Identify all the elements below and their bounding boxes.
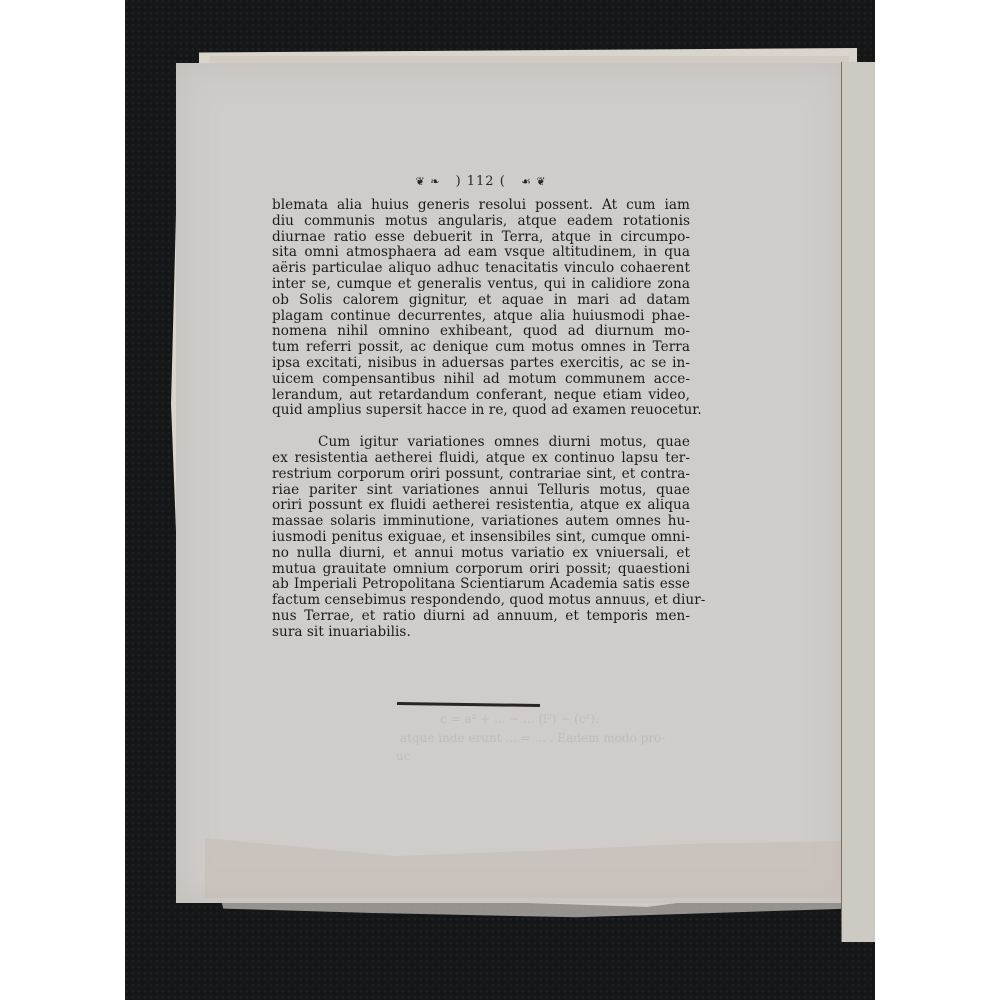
show-through-line-1: c = a² + ... − ... (l²) − (c²). bbox=[440, 712, 599, 726]
ornament-left-icon: ❦ ❧ bbox=[415, 175, 440, 188]
page-text: ❦ ❧ ) 112 ( ☙ ❦ blemata alia huius gener… bbox=[272, 174, 690, 641]
text-line: plagam continue decurrentes, atque alia … bbox=[272, 309, 690, 325]
show-through-line-2: atque inde erunt ... = ... . Eadem modo … bbox=[400, 731, 665, 745]
ornament-right-icon: ☙ ❦ bbox=[521, 175, 547, 188]
text-line: iusmodi penitus exiguae, et insensibiles… bbox=[272, 530, 690, 546]
text-line: blemata alia huius generis resolui posse… bbox=[272, 198, 690, 214]
text-line: sita omni atmosphaera ad eam vsque altit… bbox=[272, 245, 690, 261]
paragraph-1: blemata alia huius generis resolui posse… bbox=[272, 198, 690, 419]
page-number: ) 112 ( bbox=[456, 174, 506, 189]
text-line: no nulla diurni, et annui motus variatio… bbox=[272, 546, 690, 562]
text-line: ab Imperiali Petropolitana Scientiarum A… bbox=[272, 577, 690, 593]
text-line: Cum igitur variationes omnes diurni motu… bbox=[272, 435, 690, 451]
text-line: ex resistentia aetherei fluidi, atque ex… bbox=[272, 451, 690, 467]
text-line: nomena nihil omnino exhibeant, quod ad d… bbox=[272, 324, 690, 340]
text-line: diurnae ratio esse debuerit in Terra, at… bbox=[272, 230, 690, 246]
paragraph-2: Cum igitur variationes omnes diurni motu… bbox=[272, 435, 690, 640]
text-line: quid amplius supersit hacce in re, quod … bbox=[272, 403, 690, 419]
text-line: lerandum, aut retardandum conferant, neq… bbox=[272, 388, 690, 404]
text-line: riae pariter sint variationes annui Tell… bbox=[272, 483, 690, 499]
text-line: massae solaris imminutione, variationes … bbox=[272, 514, 690, 530]
text-line: tum referri possit, ac denique cum motus… bbox=[272, 340, 690, 356]
running-header: ❦ ❧ ) 112 ( ☙ ❦ bbox=[272, 174, 690, 198]
text-line: ob Solis calorem gignitur, et aquae in m… bbox=[272, 293, 690, 309]
text-line: restrium corporum oriri possunt, contrar… bbox=[272, 467, 690, 483]
text-line: factum censebimus respondendo, quod motu… bbox=[272, 593, 690, 609]
text-line: mutua grauitate omnium corporum oriri po… bbox=[272, 562, 690, 578]
text-line: oriri possunt ex fluidi aetherei resiste… bbox=[272, 498, 690, 514]
text-line: ipsa excitati, nisibus in aduersas parte… bbox=[272, 356, 690, 372]
show-through-line-3: uc bbox=[396, 749, 410, 763]
text-line: aëris particulae aliquo adhuc tenacitati… bbox=[272, 261, 690, 277]
text-line: inter se, cumque et generalis ventus, qu… bbox=[272, 277, 690, 293]
facing-page-edge bbox=[841, 62, 875, 942]
text-line: nus Terrae, et ratio diurni ad annuum, e… bbox=[272, 609, 690, 625]
text-line: sura sit inuariabilis. bbox=[272, 625, 690, 641]
text-line: diu communis motus angularis, atque eade… bbox=[272, 214, 690, 230]
text-line: uicem compensantibus nihil ad motum comm… bbox=[272, 372, 690, 388]
